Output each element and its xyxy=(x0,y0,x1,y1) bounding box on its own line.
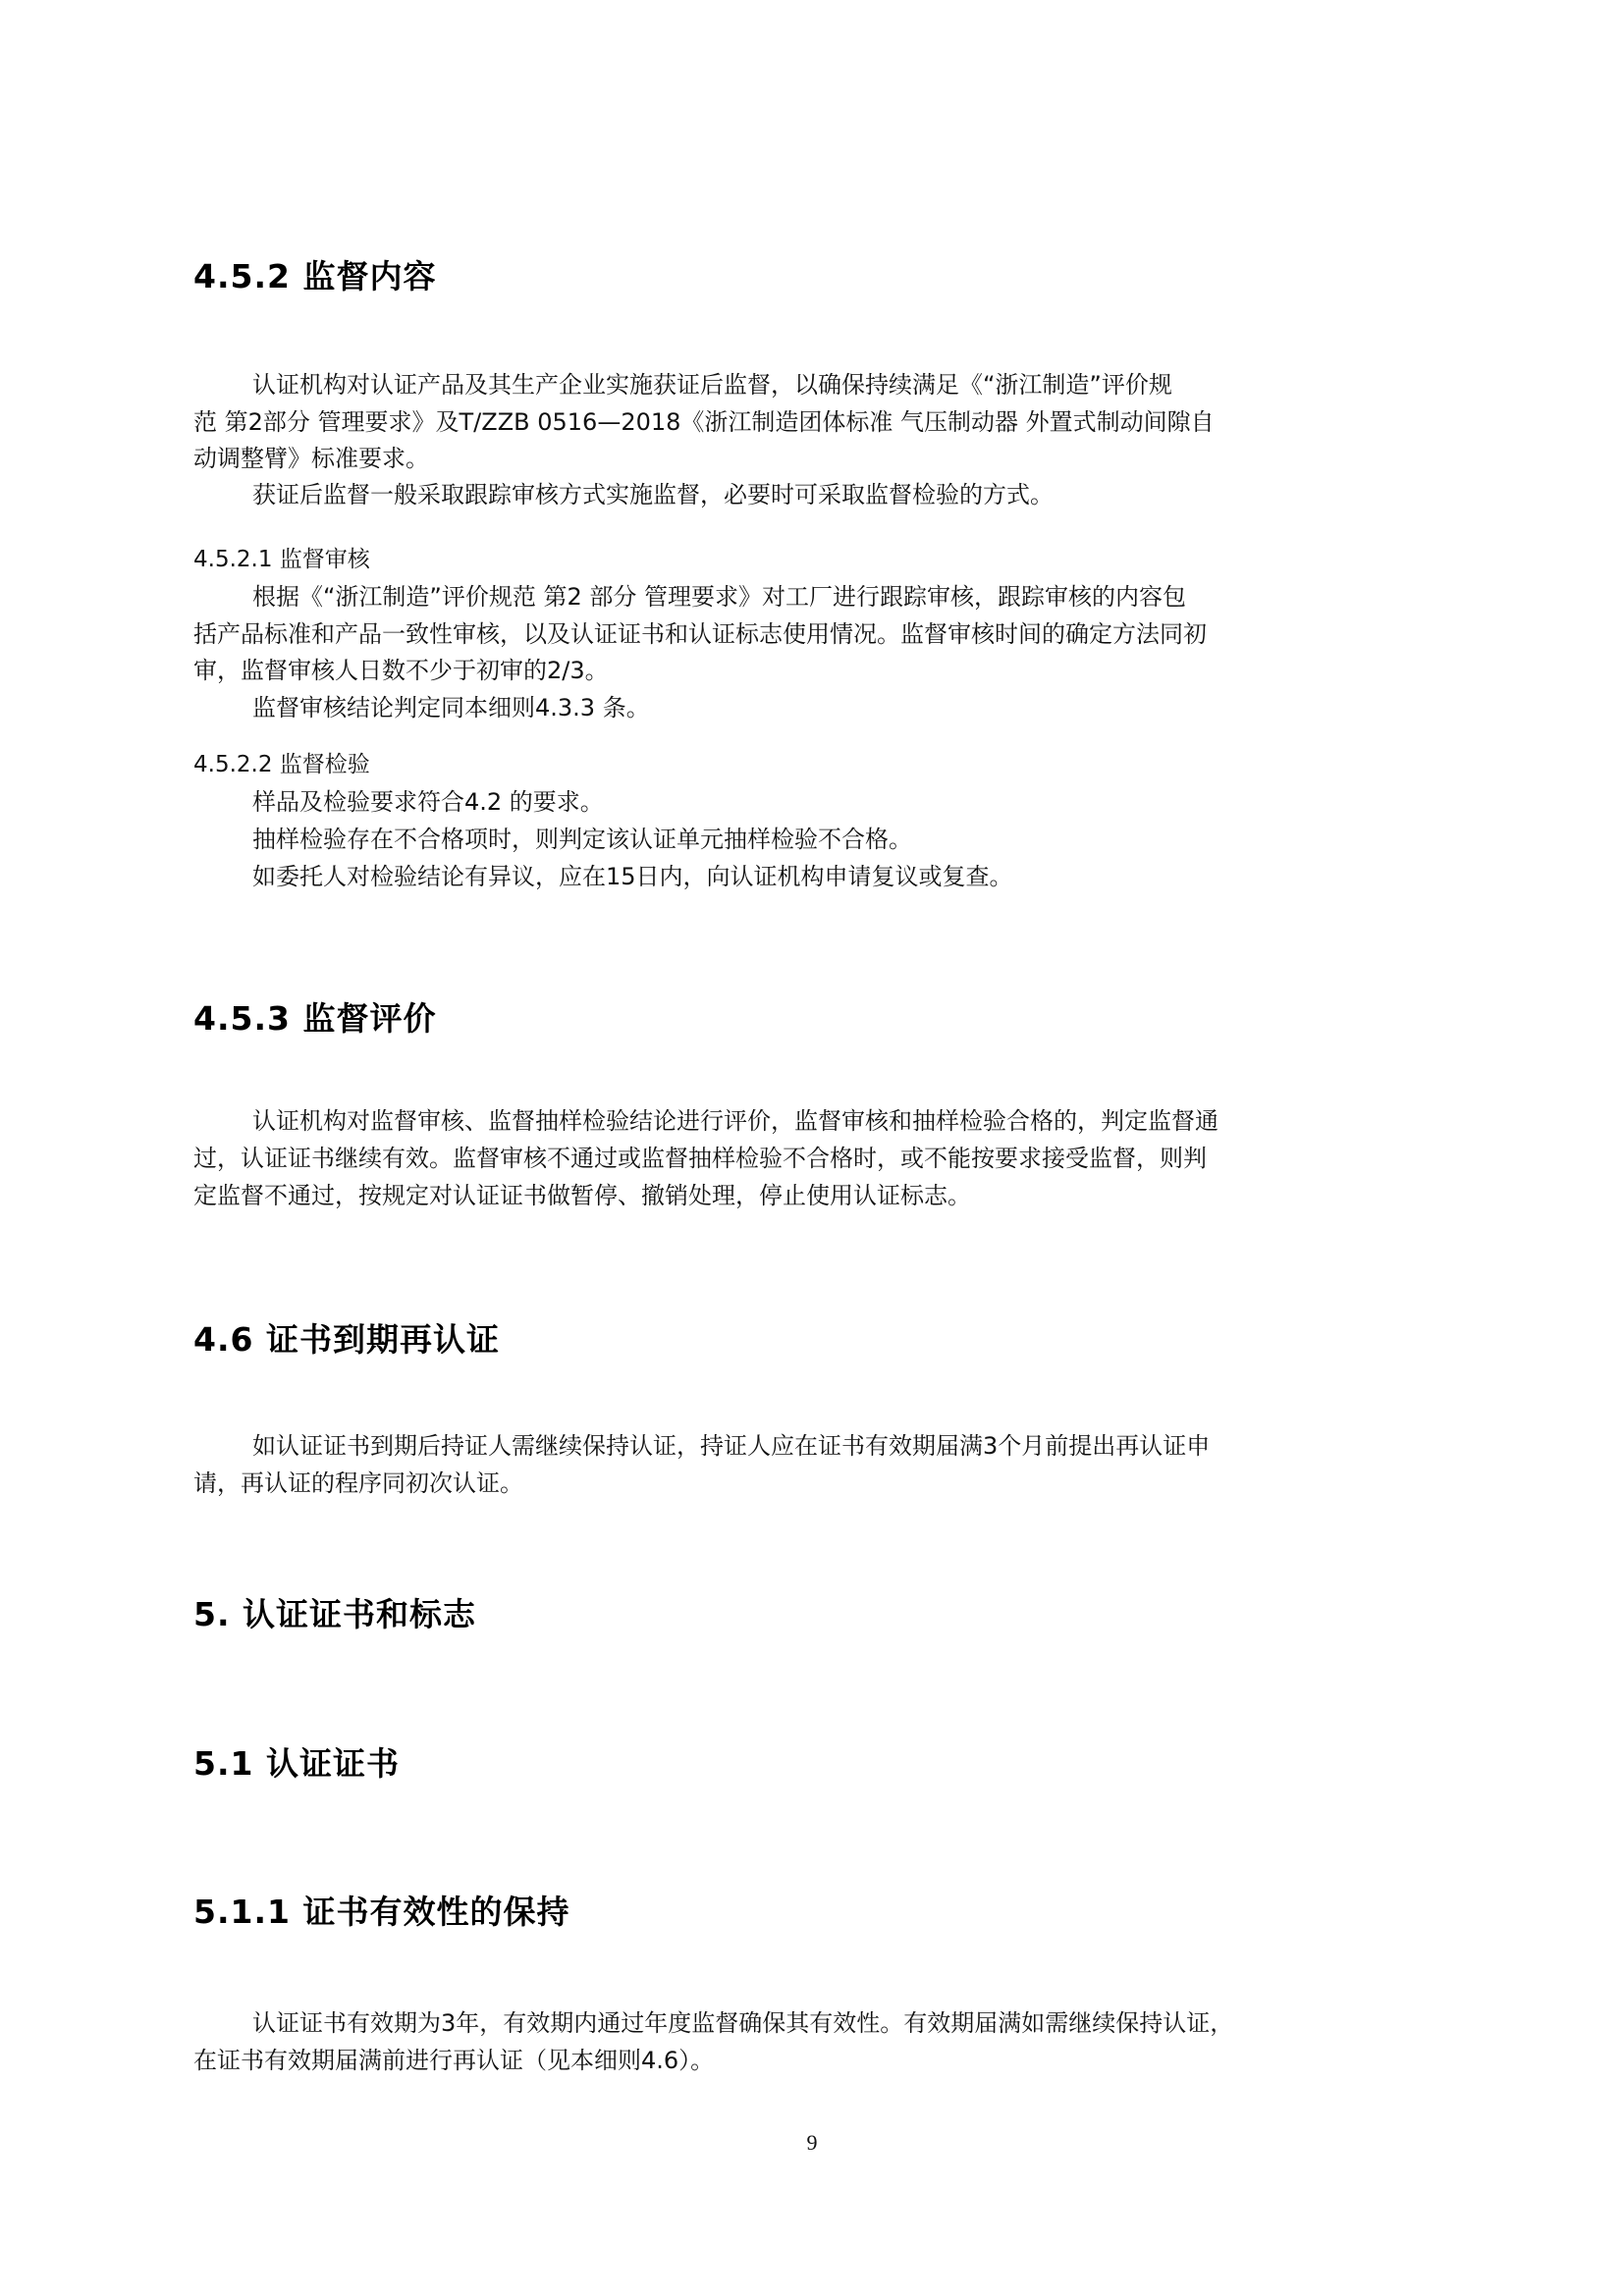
paragraph-line: 过，认证证书继续有效。监督审核不通过或监督抽样检验不合格时，或不能按要求接受监督… xyxy=(193,1144,1207,1173)
paragraph-line: 根据《“浙江制造”评价规范 第2 部分 管理要求》对工厂进行跟踪审核，跟踪审核的… xyxy=(252,582,1186,612)
paragraph-line: 审，监督审核人日数不少于初审的2/3。 xyxy=(193,656,609,685)
paragraph-line: 定监督不通过，按规定对认证证书做暂停、撤销处理，停止使用认证标志。 xyxy=(193,1181,971,1210)
paragraph-line: 认证机构对认证产品及其生产企业实施获证后监督，以确保持续满足《“浙江制造”评价规 xyxy=(252,370,1172,400)
heading-4-5-2: 4.5.2 监督内容 xyxy=(193,257,436,296)
page-number: 9 xyxy=(0,2130,1624,2156)
subheading-4-5-2-1: 4.5.2.1 监督审核 xyxy=(193,545,370,574)
paragraph-line: 认证证书有效期为3年，有效期内通过年度监督确保其有效性。有效期届满如需继续保持认… xyxy=(252,2008,1233,2038)
paragraph-line: 如委托人对检验结论有异议，应在15日内，向认证机构申请复议或复查。 xyxy=(252,862,1013,891)
document-page: 4.5.2 监督内容 认证机构对认证产品及其生产企业实施获证后监督，以确保持续满… xyxy=(0,0,1624,2296)
paragraph-line: 括产品标准和产品一致性审核，以及认证证书和认证标志使用情况。监督审核时间的确定方… xyxy=(193,619,1207,649)
paragraph-line: 样品及检验要求符合4.2 的要求。 xyxy=(252,787,604,817)
paragraph-line: 请，再认证的程序同初次认证。 xyxy=(193,1468,523,1498)
paragraph-line: 如认证证书到期后持证人需继续保持认证，持证人应在证书有效期届满3个月前提出再认证… xyxy=(252,1431,1210,1461)
paragraph-line: 抽样检验存在不合格项时，则判定该认证单元抽样检验不合格。 xyxy=(252,825,912,854)
heading-5-1-1: 5.1.1 证书有效性的保持 xyxy=(193,1893,569,1932)
heading-4-5-3: 4.5.3 监督评价 xyxy=(193,999,436,1039)
paragraph-line: 动调整臂》标准要求。 xyxy=(193,444,429,473)
paragraph-line: 认证机构对监督审核、监督抽样检验结论进行评价，监督审核和抽样检验合格的，判定监督… xyxy=(252,1106,1218,1136)
heading-5: 5. 认证证书和标志 xyxy=(193,1595,476,1634)
paragraph-line: 获证后监督一般采取跟踪审核方式实施监督，必要时可采取监督检验的方式。 xyxy=(252,480,1054,509)
heading-4-6: 4.6 证书到期再认证 xyxy=(193,1320,500,1360)
paragraph-line: 范 第2部分 管理要求》及T/ZZB 0516—2018《浙江制造团体标准 气压… xyxy=(193,407,1215,437)
paragraph-line: 监督审核结论判定同本细则4.3.3 条。 xyxy=(252,693,650,722)
heading-5-1: 5.1 认证证书 xyxy=(193,1744,400,1784)
subheading-4-5-2-2: 4.5.2.2 监督检验 xyxy=(193,750,370,779)
paragraph-line: 在证书有效期届满前进行再认证（见本细则4.6）。 xyxy=(193,2046,714,2075)
